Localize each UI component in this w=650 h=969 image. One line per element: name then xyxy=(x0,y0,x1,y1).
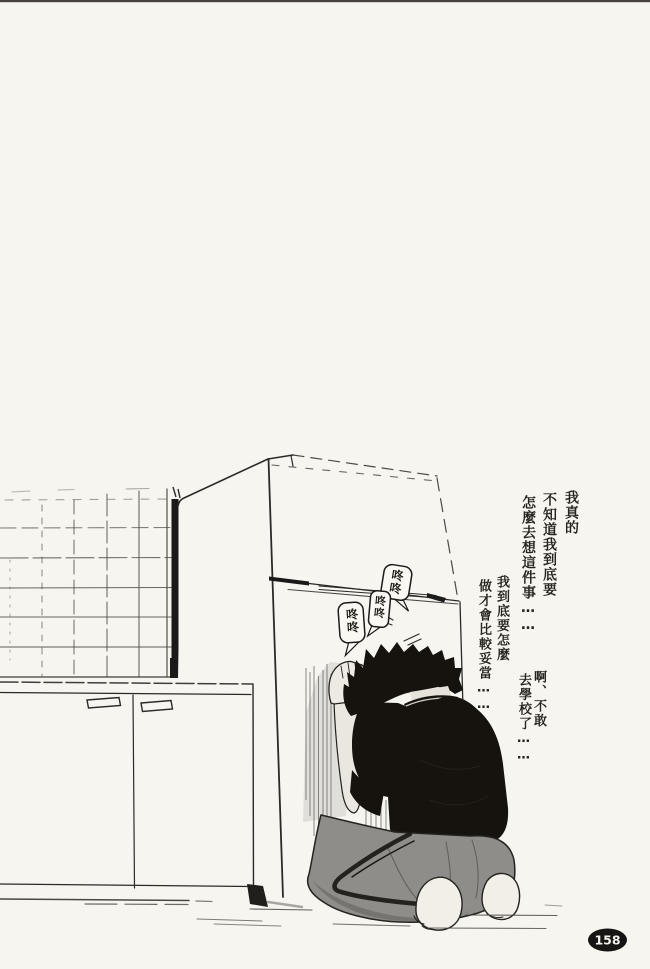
monologue-mid-col1: 我到底要怎麼 xyxy=(495,575,508,662)
monologue-low-col2: 去學校了…… xyxy=(517,673,530,764)
monologue-top-col2: 不知道我到底要 xyxy=(542,492,556,597)
scan-edge-line xyxy=(0,0,650,2)
monologue-mid-col2: 做才會比較妥當…… xyxy=(477,579,490,714)
kitchen-counter xyxy=(0,682,254,891)
monologue-low-col1: 啊、不敢 xyxy=(532,670,545,728)
manga-page: 158 咚咚 咚咚 咚咚 我真的 不知道我到底要 怎麼去想這件事…… 我到底要怎… xyxy=(0,0,650,969)
monologue-top-col3: 怎麼去想這件事…… xyxy=(521,495,535,634)
sfx-knock-2: 咚咚 xyxy=(373,595,386,620)
tile-wall xyxy=(0,489,177,678)
monologue-top-col1: 我真的 xyxy=(564,490,578,535)
page-number-badge: 158 xyxy=(588,929,627,952)
sfx-knock-3: 咚咚 xyxy=(345,608,359,635)
figure-foot-right xyxy=(482,873,520,919)
page-number: 158 xyxy=(594,933,620,948)
kitchen-scene-artwork: 158 xyxy=(0,0,650,969)
